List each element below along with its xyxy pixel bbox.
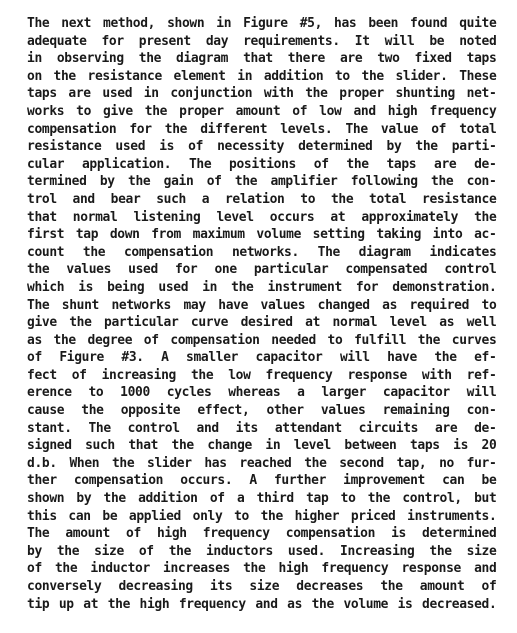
text-line: of Figure #3. A smaller capacitor will h… xyxy=(27,349,496,367)
text-line: trol and bear such a relation to the tot… xyxy=(27,191,496,209)
text-line: compensation for the different levels. T… xyxy=(27,121,496,139)
text-line: of the inductor increases the high frequ… xyxy=(27,560,496,578)
text-line: this can be applied only to the higher p… xyxy=(27,508,496,526)
text-line: in observing the diagram that there are … xyxy=(27,50,496,68)
text-line: The shunt networks may have values chang… xyxy=(27,297,496,315)
text-line: by the size of the inductors used. Incre… xyxy=(27,543,496,561)
text-line: cular application. The positions of the … xyxy=(27,156,496,174)
text-line: erence to 1000 cycles whereas a larger c… xyxy=(27,384,496,402)
document-page: The next method, shown in Figure #5, has… xyxy=(0,0,517,633)
text-line: works to give the proper amount of low a… xyxy=(27,103,496,121)
text-line: The amount of high frequency compensatio… xyxy=(27,525,496,543)
text-line: resistance used is of necessity determin… xyxy=(27,138,496,156)
text-line: that normal listening level occurs at ap… xyxy=(27,209,496,227)
text-line: the values used for one particular compe… xyxy=(27,261,496,279)
text-line: termined by the gain of the amplifier fo… xyxy=(27,173,496,191)
body-paragraph: The next method, shown in Figure #5, has… xyxy=(27,15,506,613)
text-line: cause the opposite effect, other values … xyxy=(27,402,496,420)
text-line: which is being used in the instrument fo… xyxy=(27,279,496,297)
text-line: give the particular curve desired at nor… xyxy=(27,314,496,332)
text-line: conversely decreasing its size decreases… xyxy=(27,578,496,596)
text-line: on the resistance element in addition to… xyxy=(27,68,496,86)
text-line: shown by the addition of a third tap to … xyxy=(27,490,496,508)
text-line: fect of increasing the low frequency res… xyxy=(27,367,496,385)
text-line: first tap down from maximum volume setti… xyxy=(27,226,496,244)
text-line: d.b. When the slider has reached the sec… xyxy=(27,455,496,473)
text-line: signed such that the change in level bet… xyxy=(27,437,496,455)
text-line: taps are used in conjunction with the pr… xyxy=(27,85,496,103)
text-line: as the degree of compensation needed to … xyxy=(27,332,496,350)
text-line: The next method, shown in Figure #5, has… xyxy=(27,15,496,33)
text-line: adequate for present day requirements. I… xyxy=(27,33,496,51)
text-line: count the compensation networks. The dia… xyxy=(27,244,496,262)
text-line: stant. The control and its attendant cir… xyxy=(27,420,496,438)
text-line: tip up at the high frequency and as the … xyxy=(27,596,496,614)
text-line: ther compensation occurs. A further impr… xyxy=(27,472,496,490)
